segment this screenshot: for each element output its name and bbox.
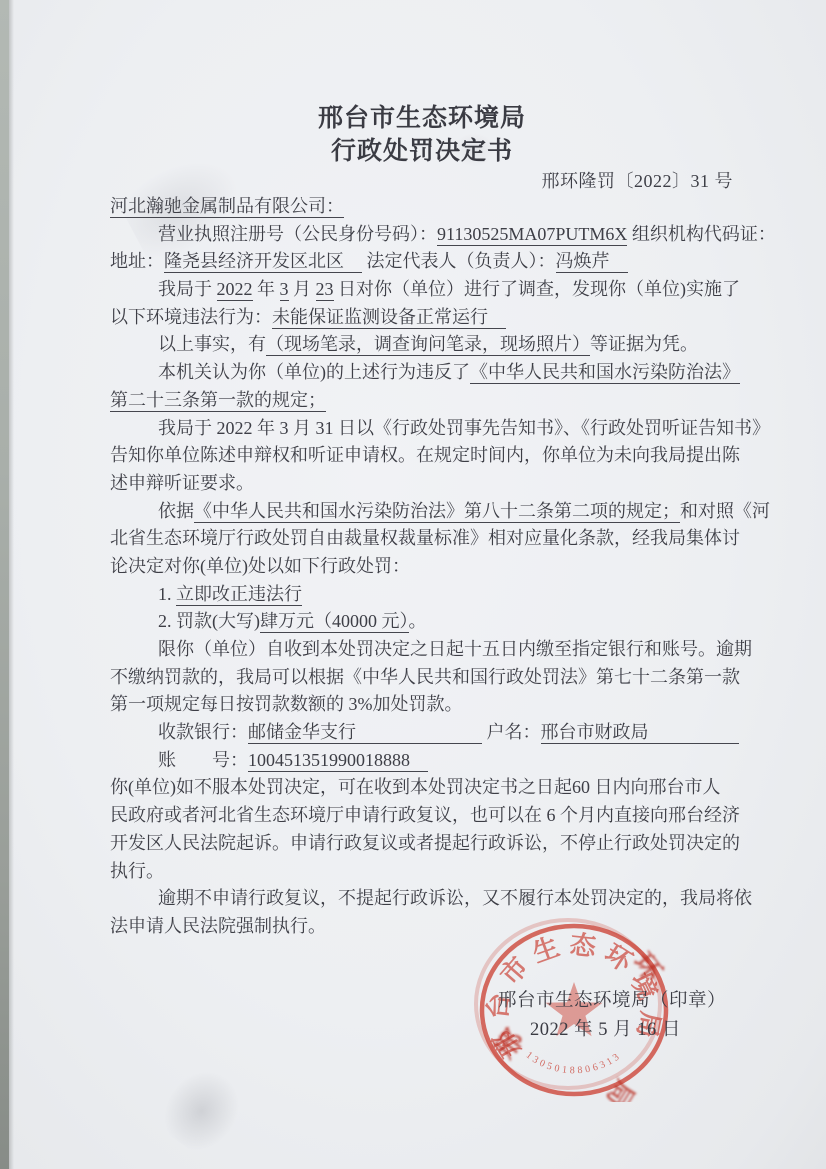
body-line: 限你（单位）自收到本处罚决定之日起十五日内缴至指定银行和账号。逾期 — [110, 636, 758, 664]
text-segment: 等证据为凭。 — [590, 334, 698, 354]
scanned-page: 邢台市生态环境局 行政处罚决定书 邢环隆罚〔2022〕31 号 河北瀚驰金属制品… — [9, 0, 826, 1169]
text-segment: 。 — [409, 611, 427, 631]
text-segment: 法申请人民法院强制执行。 — [110, 916, 326, 936]
text-segment: 账 号： — [158, 750, 248, 770]
underlined-text-segment: 未能保证监测设备正常运行 — [272, 307, 506, 329]
body-line: 执行。 — [110, 858, 758, 886]
seal-code: 1305018806313 — [524, 1050, 624, 1077]
body-line: 1. 立即改正违法行 — [110, 581, 758, 609]
text-segment: 述申辩听证要求。 — [110, 473, 254, 493]
body-line: 述申辩听证要求。 — [110, 470, 758, 498]
text-segment: 我局于 — [158, 279, 217, 299]
text-segment: 以下环境违法行为： — [110, 307, 272, 327]
text-segment: 逾期不申请行政复议，不提起行政诉讼，又不履行本处罚决定的，我局将依 — [158, 888, 752, 908]
underlined-text-segment: 冯焕芹 — [556, 251, 628, 273]
underlined-text-segment: 2022 — [217, 279, 253, 301]
text-segment: 开发区人民法院起诉。申请行政复议或者提起行政诉讼，不停止行政处罚决定的 — [110, 833, 740, 853]
text-segment: 日对你（单位）进行了调查，发现你（单位)实施了 — [334, 279, 741, 299]
document-number: 邢环隆罚〔2022〕31 号 — [542, 167, 734, 193]
body-line: 依据《中华人民共和国水污染防治法》第八十二条第二项的规定；和对照《河 — [110, 498, 758, 526]
underlined-text-segment: 23 — [316, 279, 334, 301]
body-line: 民政府或者河北省生态环境厅申请行政复议，也可以在 6 个月内直接向邢台经济 — [110, 802, 758, 830]
scan-edge-shadow — [9, 0, 14, 1169]
text-segment: 北省生态环境厅行政处罚自由裁量权裁量标准》相对应量化条款，经我局集体讨 — [110, 528, 740, 548]
text-segment: 年 — [253, 279, 280, 299]
underlined-text-segment: 河北瀚驰金属制品有限公司： — [110, 196, 344, 218]
text-segment: 你(单位)如不服本处罚决定，可在收到本处罚决定书之日起60 日内向邢台市人 — [110, 777, 721, 797]
text-segment: 2. 罚款(大写) — [158, 611, 260, 631]
underlined-text-segment: 91130525MA07PUTM6X — [437, 224, 627, 246]
text-segment: 论决定对你(单位)处以如下行政处罚： — [110, 556, 410, 576]
underlined-text-segment: 邢台市财政局 — [541, 722, 739, 744]
text-segment: 不缴纳罚款的，我局可以根据《中华人民共和国行政处罚法》第七十二条第一款 — [110, 667, 740, 687]
text-segment: 本机关认为你（单位)的上述行为违反了 — [158, 362, 470, 382]
signature-date: 2022 年 5 月 16 日 — [530, 1015, 681, 1041]
body-line: 以下环境违法行为：未能保证监测设备正常运行 — [110, 304, 758, 332]
underlined-text-segment: 第二十三条第一款的规定； — [110, 390, 326, 412]
underlined-text-segment: 100451351990018888 — [248, 750, 428, 772]
body-line: 2. 罚款(大写)肆万元（40000 元）。 — [110, 608, 758, 636]
text-segment: 依据 — [158, 501, 194, 521]
text-segment: 第一项规定每日按罚款数额的 3%加处罚款。 — [110, 694, 463, 714]
underlined-text-segment: 《中华人民共和国水污染防治法》第八十二条第二项的规定； — [194, 501, 680, 523]
document-title-line2: 行政处罚决定书 — [9, 131, 826, 167]
scan-smudge — [147, 1050, 261, 1166]
text-segment: 法定代表人（负责人）： — [362, 251, 556, 271]
underlined-text-segment: 3 — [280, 279, 289, 301]
text-segment: 户名： — [482, 722, 541, 742]
text-segment: 1. — [158, 584, 176, 604]
underlined-text-segment: 肆万元（40000 元） — [260, 611, 409, 633]
text-segment: 以上事实，有 — [158, 334, 266, 354]
body-line: 营业执照注册号（公民身份号码）：91130525MA07PUTM6X 组织机构代… — [110, 221, 758, 249]
scan-edge-strip — [0, 0, 9, 1169]
body-line: 账 号：100451351990018888 — [110, 747, 758, 775]
text-segment: 告知你单位陈述申辩权和听证申请权。在规定时间内，你单位为未向我局提出陈 — [110, 445, 740, 465]
underlined-text-segment: 立即改正违法行 — [176, 584, 302, 606]
underlined-text-segment: 隆尧县经济开发区北区 — [164, 251, 362, 273]
underlined-text-segment: 邮储金华支行 — [248, 722, 482, 744]
body-line: 开发区人民法院起诉。申请行政复议或者提起行政诉讼，不停止行政处罚决定的 — [110, 830, 758, 858]
body-line: 告知你单位陈述申辩权和听证申请权。在规定时间内，你单位为未向我局提出陈 — [110, 442, 758, 470]
text-segment: 组织机构代码证： — [627, 224, 776, 244]
body-line: 逾期不申请行政复议，不提起行政诉讼，又不履行本处罚决定的，我局将依 — [110, 885, 758, 913]
signature-agency: 邢台市生态环境局（印章） — [498, 986, 726, 1012]
text-segment: 地址： — [110, 251, 164, 271]
body-line: 我局于 2022 年 3 月 31 日以《行政处罚事先告知书》、《行政处罚听证告… — [110, 415, 758, 443]
document-title-line1: 邢台市生态环境局 — [9, 98, 826, 134]
body-line: 我局于 2022 年 3 月 23 日对你（单位）进行了调查，发现你（单位)实施… — [110, 276, 758, 304]
body-line: 第二十三条第一款的规定； — [110, 387, 758, 415]
body-line: 收款银行：邮储金华支行 户名：邢台市财政局 — [110, 719, 758, 747]
text-segment: 收款银行： — [158, 722, 248, 742]
body-line: 河北瀚驰金属制品有限公司： — [110, 193, 758, 221]
text-segment: 和对照《河 — [680, 501, 770, 521]
body-line: 地址：隆尧县经济开发区北区 法定代表人（负责人）：冯焕芹 — [110, 248, 758, 276]
body-line: 北省生态环境厅行政处罚自由裁量权裁量标准》相对应量化条款，经我局集体讨 — [110, 525, 758, 553]
body-line: 第一项规定每日按罚款数额的 3%加处罚款。 — [110, 691, 758, 719]
body-line: 本机关认为你（单位)的上述行为违反了《中华人民共和国水污染防治法》 — [110, 359, 758, 387]
underlined-text-segment: （现场笔录，调查询问笔录，现场照片） — [266, 334, 590, 356]
body-line: 不缴纳罚款的，我局可以根据《中华人民共和国行政处罚法》第七十二条第一款 — [110, 664, 758, 692]
text-segment: 月 — [289, 279, 316, 299]
text-segment: 限你（单位）自收到本处罚决定之日起十五日内缴至指定银行和账号。逾期 — [158, 639, 752, 659]
text-segment: 民政府或者河北省生态环境厅申请行政复议，也可以在 6 个月内直接向邢台经济 — [110, 805, 740, 825]
text-segment: 我局于 2022 年 3 月 31 日以《行政处罚事先告知书》、《行政处罚听证告… — [158, 418, 770, 438]
document-body: 河北瀚驰金属制品有限公司：营业执照注册号（公民身份号码）：91130525MA0… — [110, 193, 758, 941]
body-line: 论决定对你(单位)处以如下行政处罚： — [110, 553, 758, 581]
body-line: 以上事实，有（现场笔录，调查询问笔录，现场照片）等证据为凭。 — [110, 331, 758, 359]
body-line: 你(单位)如不服本处罚决定，可在收到本处罚决定书之日起60 日内向邢台市人 — [110, 774, 758, 802]
text-segment: 营业执照注册号（公民身份号码）： — [158, 224, 437, 244]
text-segment: 执行。 — [110, 861, 164, 881]
underlined-text-segment: 《中华人民共和国水污染防治法》 — [470, 362, 740, 384]
